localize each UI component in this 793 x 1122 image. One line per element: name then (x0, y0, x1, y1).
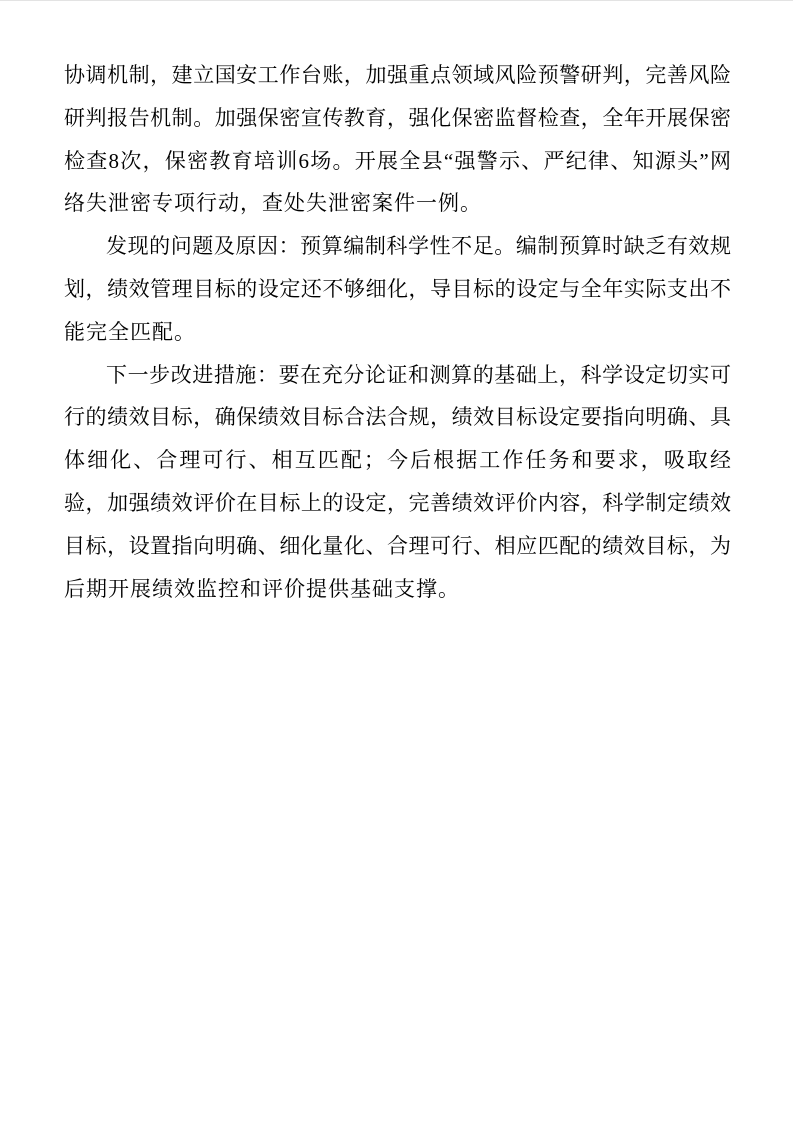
text-line: 发现的问题及原因：预算编制科学性不足。编制预算时缺乏有效规 (64, 225, 731, 268)
text-line: 行的绩效目标，确保绩效目标合法合规，绩效目标设定要指向明确、具 (64, 396, 731, 439)
text-line: 后期开展绩效监控和评价提供基础支撑。 (64, 568, 731, 611)
text-line: 络失泄密专项行动，查处失泄密案件一例。 (64, 182, 731, 225)
document-body: 协调机制，建立国安工作台账，加强重点领域风险预警研判，完善风险 研判报告机制。加… (64, 54, 731, 610)
text-line: 研判报告机制。加强保密宣传教育，强化保密监督检查，全年开展保密 (64, 97, 731, 140)
text-line: 能完全匹配。 (64, 311, 731, 354)
text-line: 协调机制，建立国安工作台账，加强重点领域风险预警研判，完善风险 (64, 54, 731, 97)
paragraph-security-work: 协调机制，建立国安工作台账，加强重点领域风险预警研判，完善风险 研判报告机制。加… (64, 54, 731, 225)
text-line: 体细化、合理可行、相互匹配；今后根据工作任务和要求，吸取经 (64, 439, 731, 482)
document-page: 协调机制，建立国安工作台账，加强重点领域风险预警研判，完善风险 研判报告机制。加… (0, 0, 793, 1122)
text-line: 划，绩效管理目标的设定还不够细化，导目标的设定与全年实际支出不 (64, 268, 731, 311)
text-line: 检查8次，保密教育培训6场。开展全县“强警示、严纪律、知源头”网 (64, 140, 731, 183)
paragraph-improvement-measures: 下一步改进措施：要在充分论证和测算的基础上，科学设定切实可 行的绩效目标，确保绩… (64, 354, 731, 611)
text-line: 目标，设置指向明确、细化量化、合理可行、相应匹配的绩效目标，为 (64, 525, 731, 568)
text-line: 下一步改进措施：要在充分论证和测算的基础上，科学设定切实可 (64, 354, 731, 397)
paragraph-problems-found: 发现的问题及原因：预算编制科学性不足。编制预算时缺乏有效规 划，绩效管理目标的设… (64, 225, 731, 353)
text-line: 验，加强绩效评价在目标上的设定，完善绩效评价内容，科学制定绩效 (64, 482, 731, 525)
page-top-edge (0, 0, 793, 1)
